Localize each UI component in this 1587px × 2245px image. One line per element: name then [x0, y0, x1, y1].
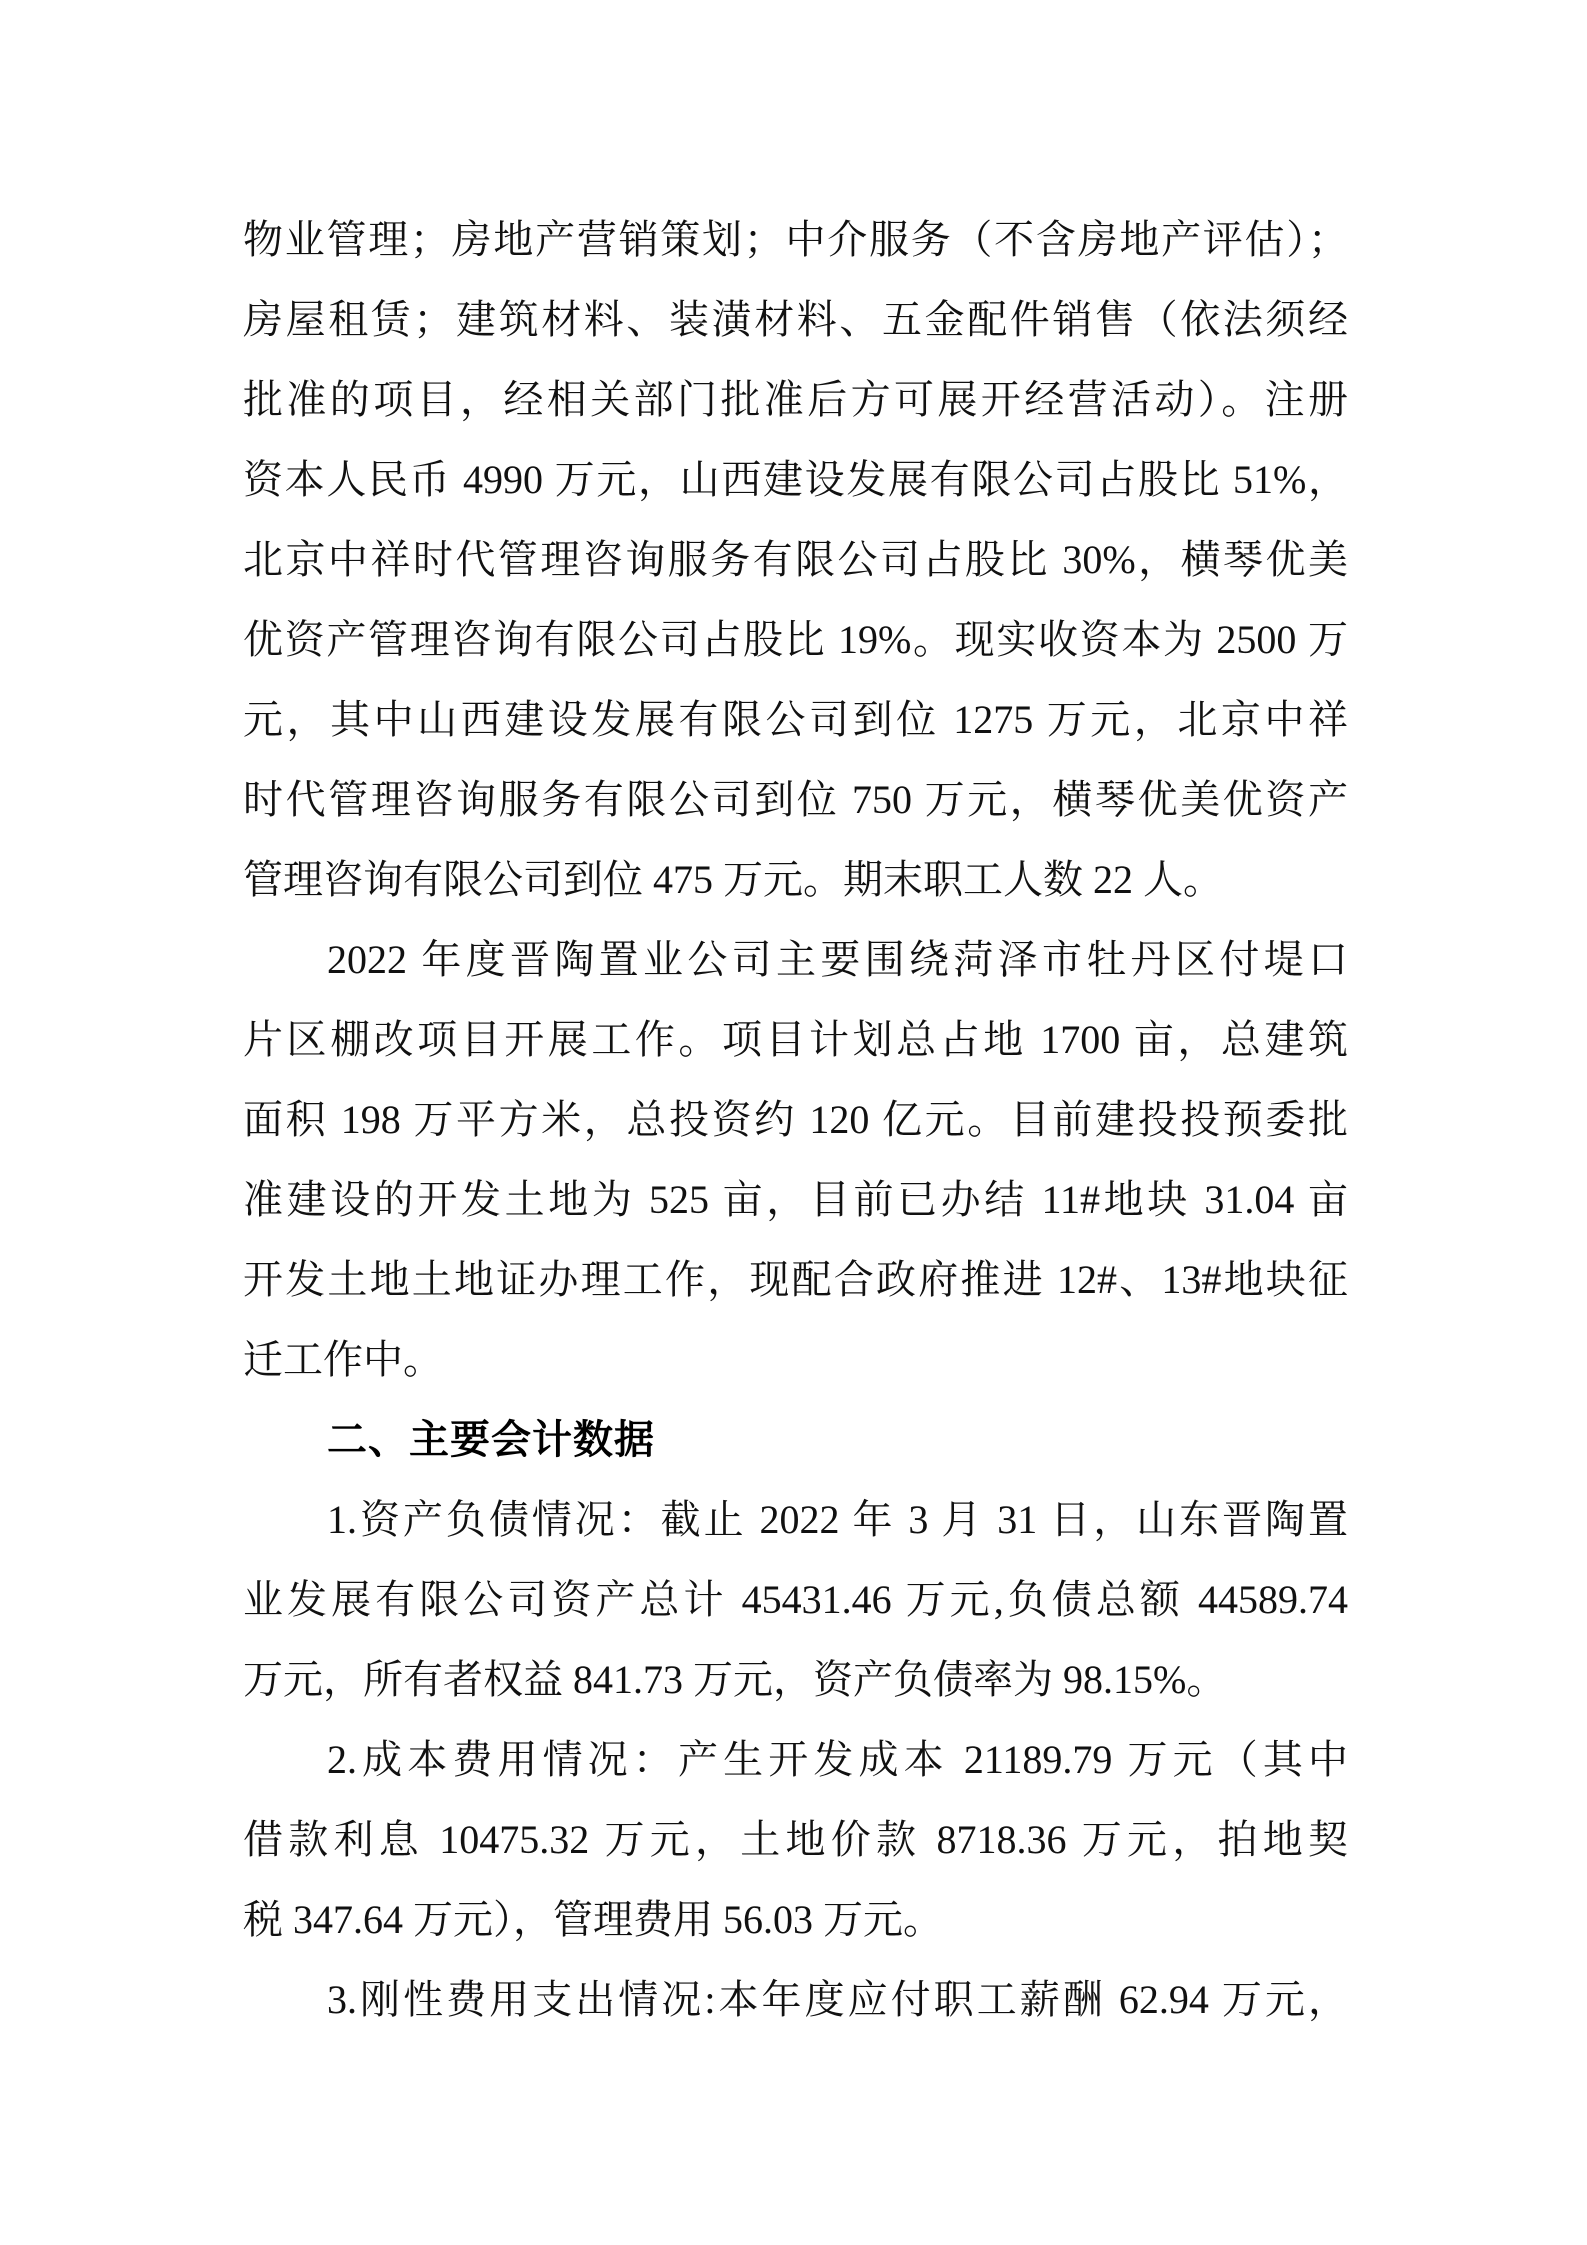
text-line: 物业管理；房地产营销策划；中介服务（不含房地产评估）；: [243, 200, 1348, 280]
text-line: 北京中祥时代管理咨询服务有限公司占股比 30%，横琴优美: [243, 520, 1348, 600]
text-line: 税 347.64 万元），管理费用 56.03 万元。: [243, 1880, 1348, 1960]
text-block: 物业管理；房地产营销策划；中介服务（不含房地产评估）；房屋租赁；建筑材料、装潢材…: [243, 200, 1348, 2040]
text-line: 批准的项目，经相关部门批准后方可展开经营活动）。注册: [243, 360, 1348, 440]
text-line: 房屋租赁；建筑材料、装潢材料、五金配件销售（依法须经: [243, 280, 1348, 360]
document-page: 物业管理；房地产营销策划；中介服务（不含房地产评估）；房屋租赁；建筑材料、装潢材…: [0, 0, 1587, 2245]
text-line: 管理咨询有限公司到位 475 万元。期末职工人数 22 人。: [243, 840, 1348, 920]
text-line: 时代管理咨询服务有限公司到位 750 万元，横琴优美优资产: [243, 760, 1348, 840]
text-line: 资本人民币 4990 万元，山西建设发展有限公司占股比 51%，: [243, 440, 1348, 520]
text-line: 业发展有限公司资产总计 45431.46 万元,负债总额 44589.74: [243, 1560, 1348, 1640]
text-line: 迁工作中。: [243, 1320, 1348, 1400]
text-line: 3.刚性费用支出情况:本年度应付职工薪酬 62.94 万元，: [243, 1960, 1348, 2040]
text-line: 2022 年度晋陶置业公司主要围绕菏泽市牡丹区付堤口: [243, 920, 1348, 1000]
text-line: 2.成本费用情况：产生开发成本 21189.79 万元（其中: [243, 1720, 1348, 1800]
text-line: 准建设的开发土地为 525 亩，目前已办结 11#地块 31.04 亩: [243, 1160, 1348, 1240]
text-line: 1.资产负债情况：截止 2022 年 3 月 31 日，山东晋陶置: [243, 1480, 1348, 1560]
text-line: 面积 198 万平方米，总投资约 120 亿元。目前建投投预委批: [243, 1080, 1348, 1160]
text-line: 万元，所有者权益 841.73 万元，资产负债率为 98.15%。: [243, 1640, 1348, 1720]
text-line: 开发土地土地证办理工作，现配合政府推进 12#、13#地块征: [243, 1240, 1348, 1320]
text-line: 元，其中山西建设发展有限公司到位 1275 万元，北京中祥: [243, 680, 1348, 760]
text-line: 片区棚改项目开展工作。项目计划总占地 1700 亩，总建筑: [243, 1000, 1348, 1080]
text-line: 优资产管理咨询有限公司占股比 19%。现实收资本为 2500 万: [243, 600, 1348, 680]
section-heading: 二、主要会计数据: [243, 1400, 1348, 1480]
text-line: 借款利息 10475.32 万元，土地价款 8718.36 万元，拍地契: [243, 1800, 1348, 1880]
